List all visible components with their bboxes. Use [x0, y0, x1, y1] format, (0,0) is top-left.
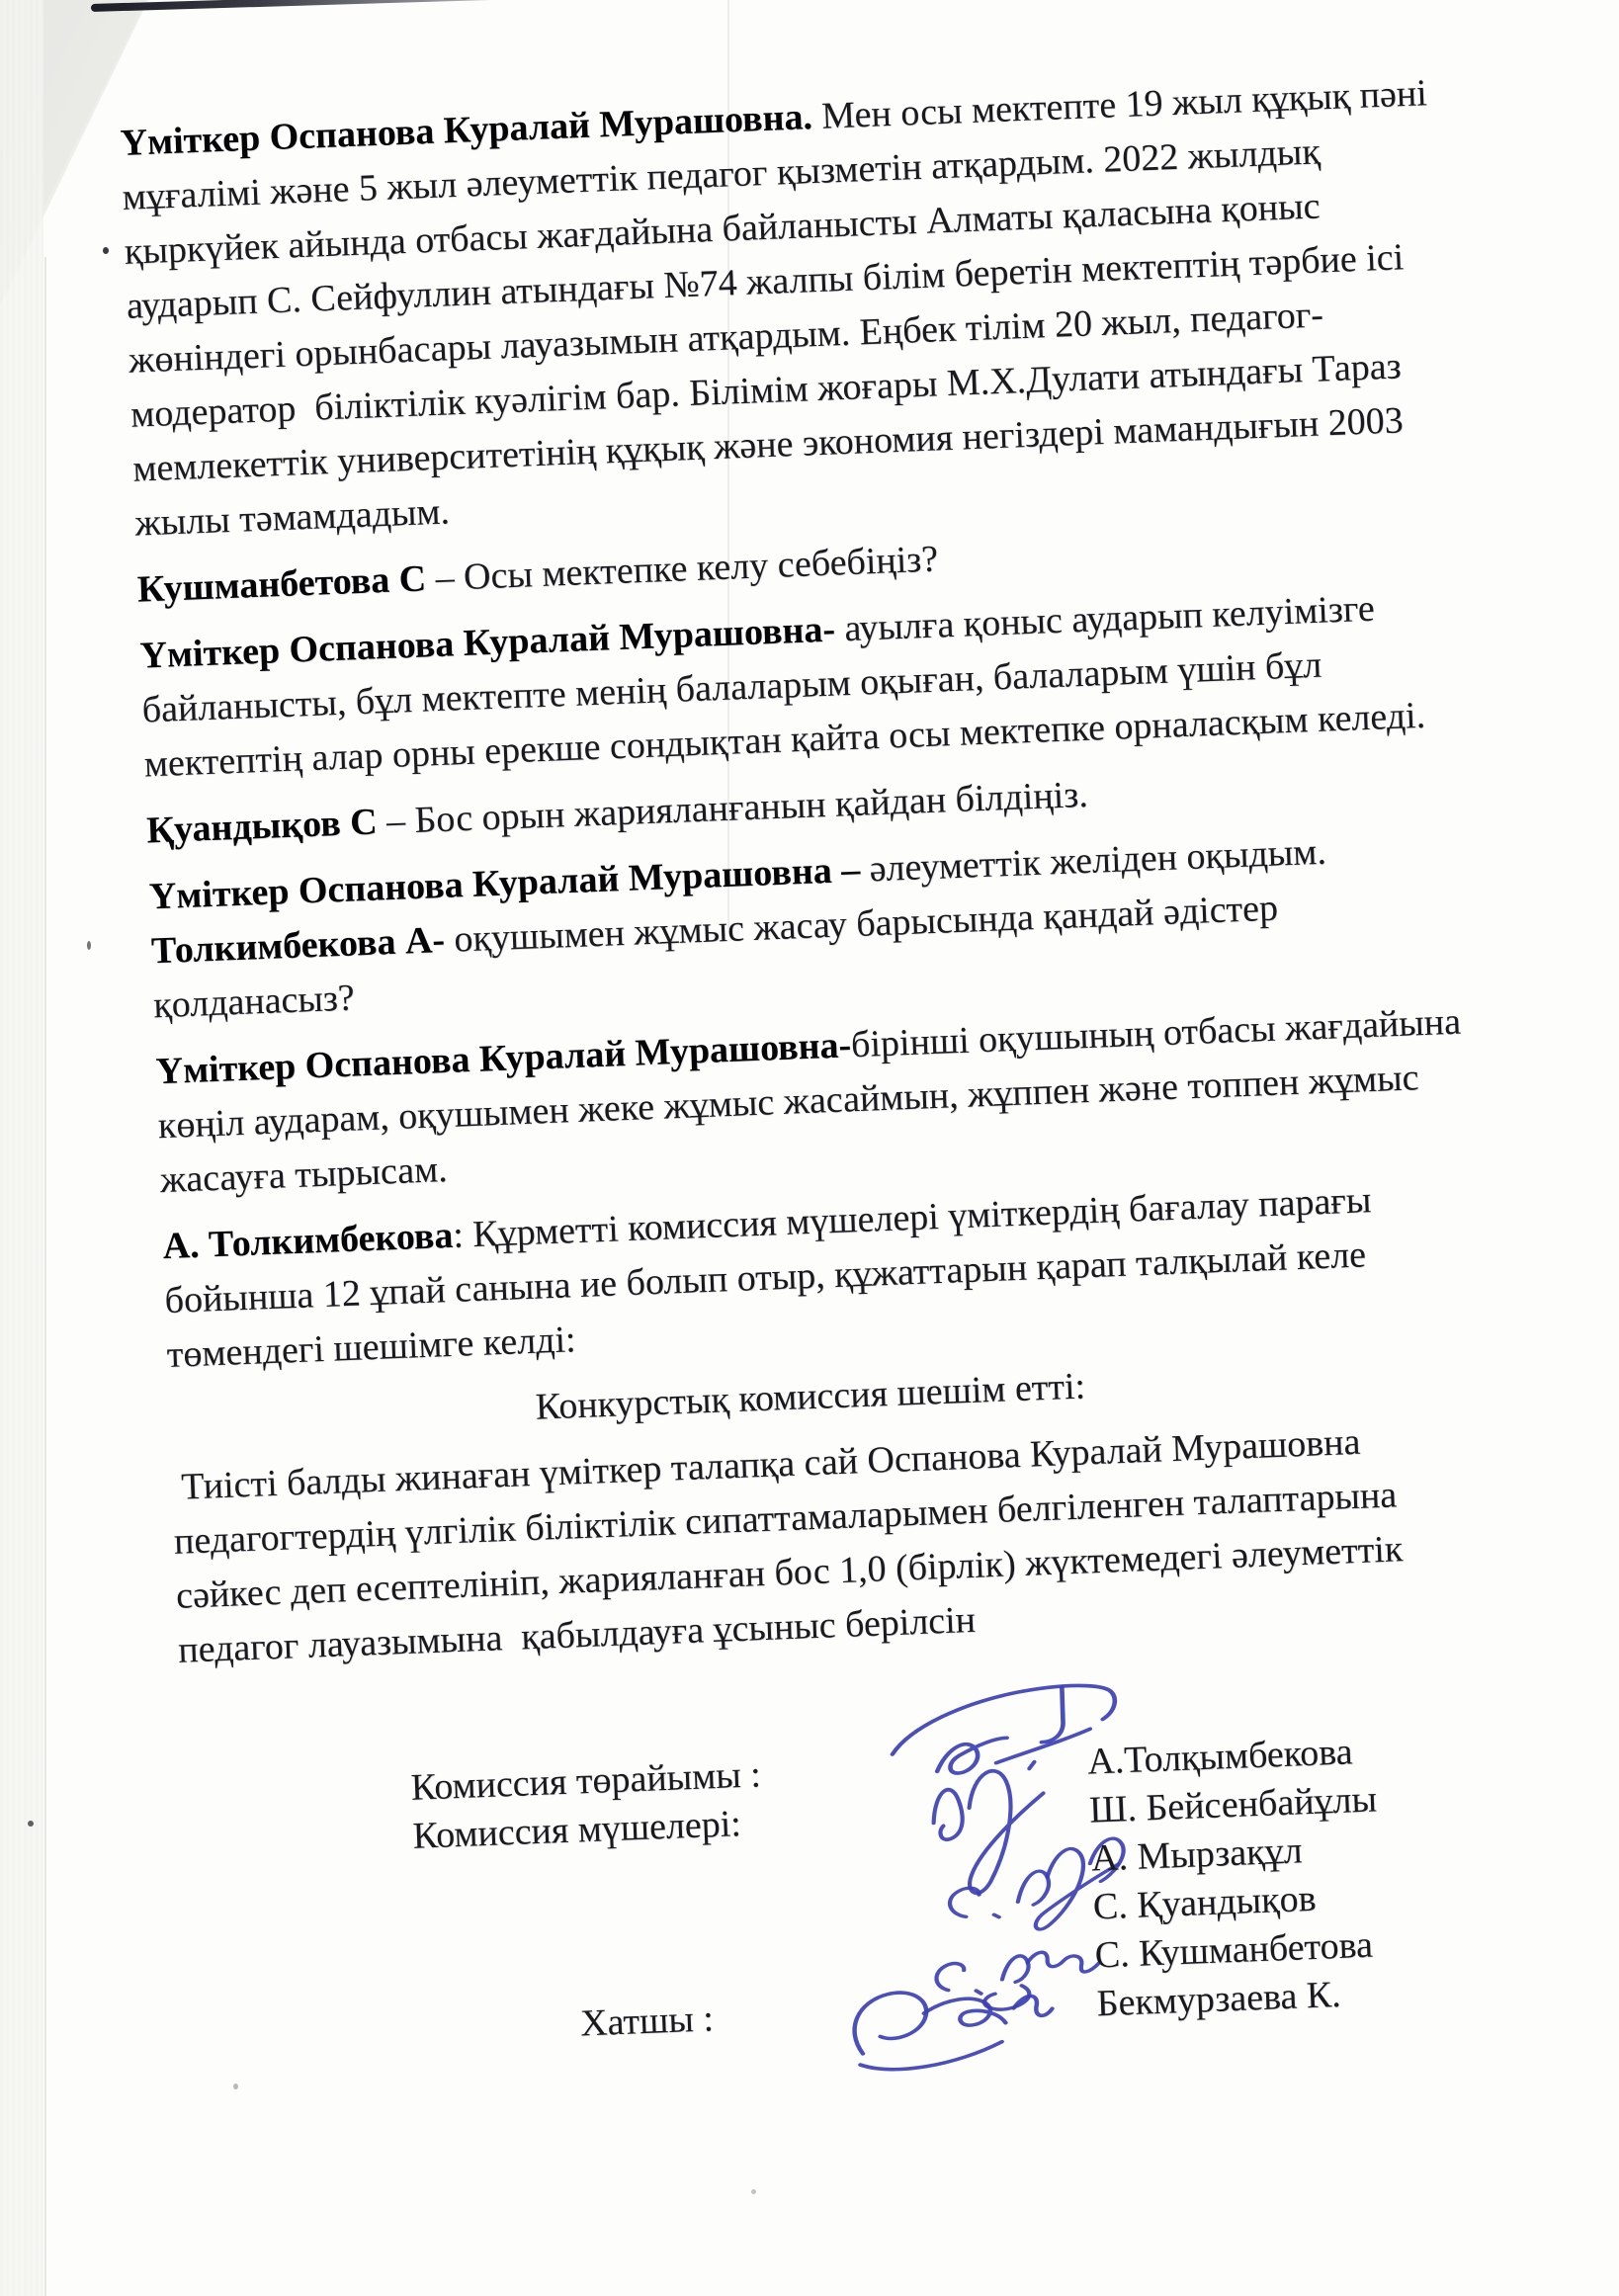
ink-speck	[28, 1821, 34, 1827]
text-run: жасауға тырысам.	[159, 1148, 448, 1201]
document-paragraphs: Үміткер Оспанова Куралай Мурашовна. Мен …	[120, 63, 1571, 1678]
bold-run: Қуандықов С	[146, 802, 379, 852]
text-run: Конкурстық комиссия шешім етті:	[535, 1365, 1086, 1427]
decision-text: Тиісті балды жинаған үміткер талапқа сай…	[171, 1407, 1570, 1678]
scanned-document-page: Үміткер Оспанова Куралай Мурашовна. Мен …	[0, 0, 1619, 2296]
text-run: жылы тәмамдадым.	[134, 490, 451, 544]
document-body: Үміткер Оспанова Куралай Мурашовна. Мен …	[119, 45, 1587, 2134]
scan-left-edge-strip	[0, 0, 43, 2296]
ink-speck	[103, 247, 109, 254]
signee-name: Бекмурзаева К.	[1096, 1968, 1342, 2031]
text-run: қолданасыз?	[152, 978, 355, 1027]
candidate-intro: Үміткер Оспанова Куралай Мурашовна. Мен …	[120, 63, 1527, 552]
ink-speck	[87, 941, 91, 950]
paper-speck	[751, 2189, 756, 2194]
scan-left-edge-line	[44, 257, 46, 2296]
text-run: төмендегі шешімге келді:	[166, 1318, 576, 1376]
bold-run: Толкимбекова А-	[150, 919, 445, 972]
bold-run: А. Толкимбекова	[162, 1215, 454, 1267]
signature-role-label: Хатшы :	[579, 1992, 715, 2051]
text-run: – Осы мектепке келу себебіңіз?	[425, 539, 939, 600]
page-edge-shadow	[91, 0, 565, 12]
text-run: – Бос орын жарияланғанын қайдан білдіңіз…	[377, 774, 1089, 843]
bold-run: Кушманбетова С	[136, 557, 427, 610]
signature-block: Комиссия төрайымы :А.ТолқымбековаКомисси…	[183, 1717, 1587, 2126]
